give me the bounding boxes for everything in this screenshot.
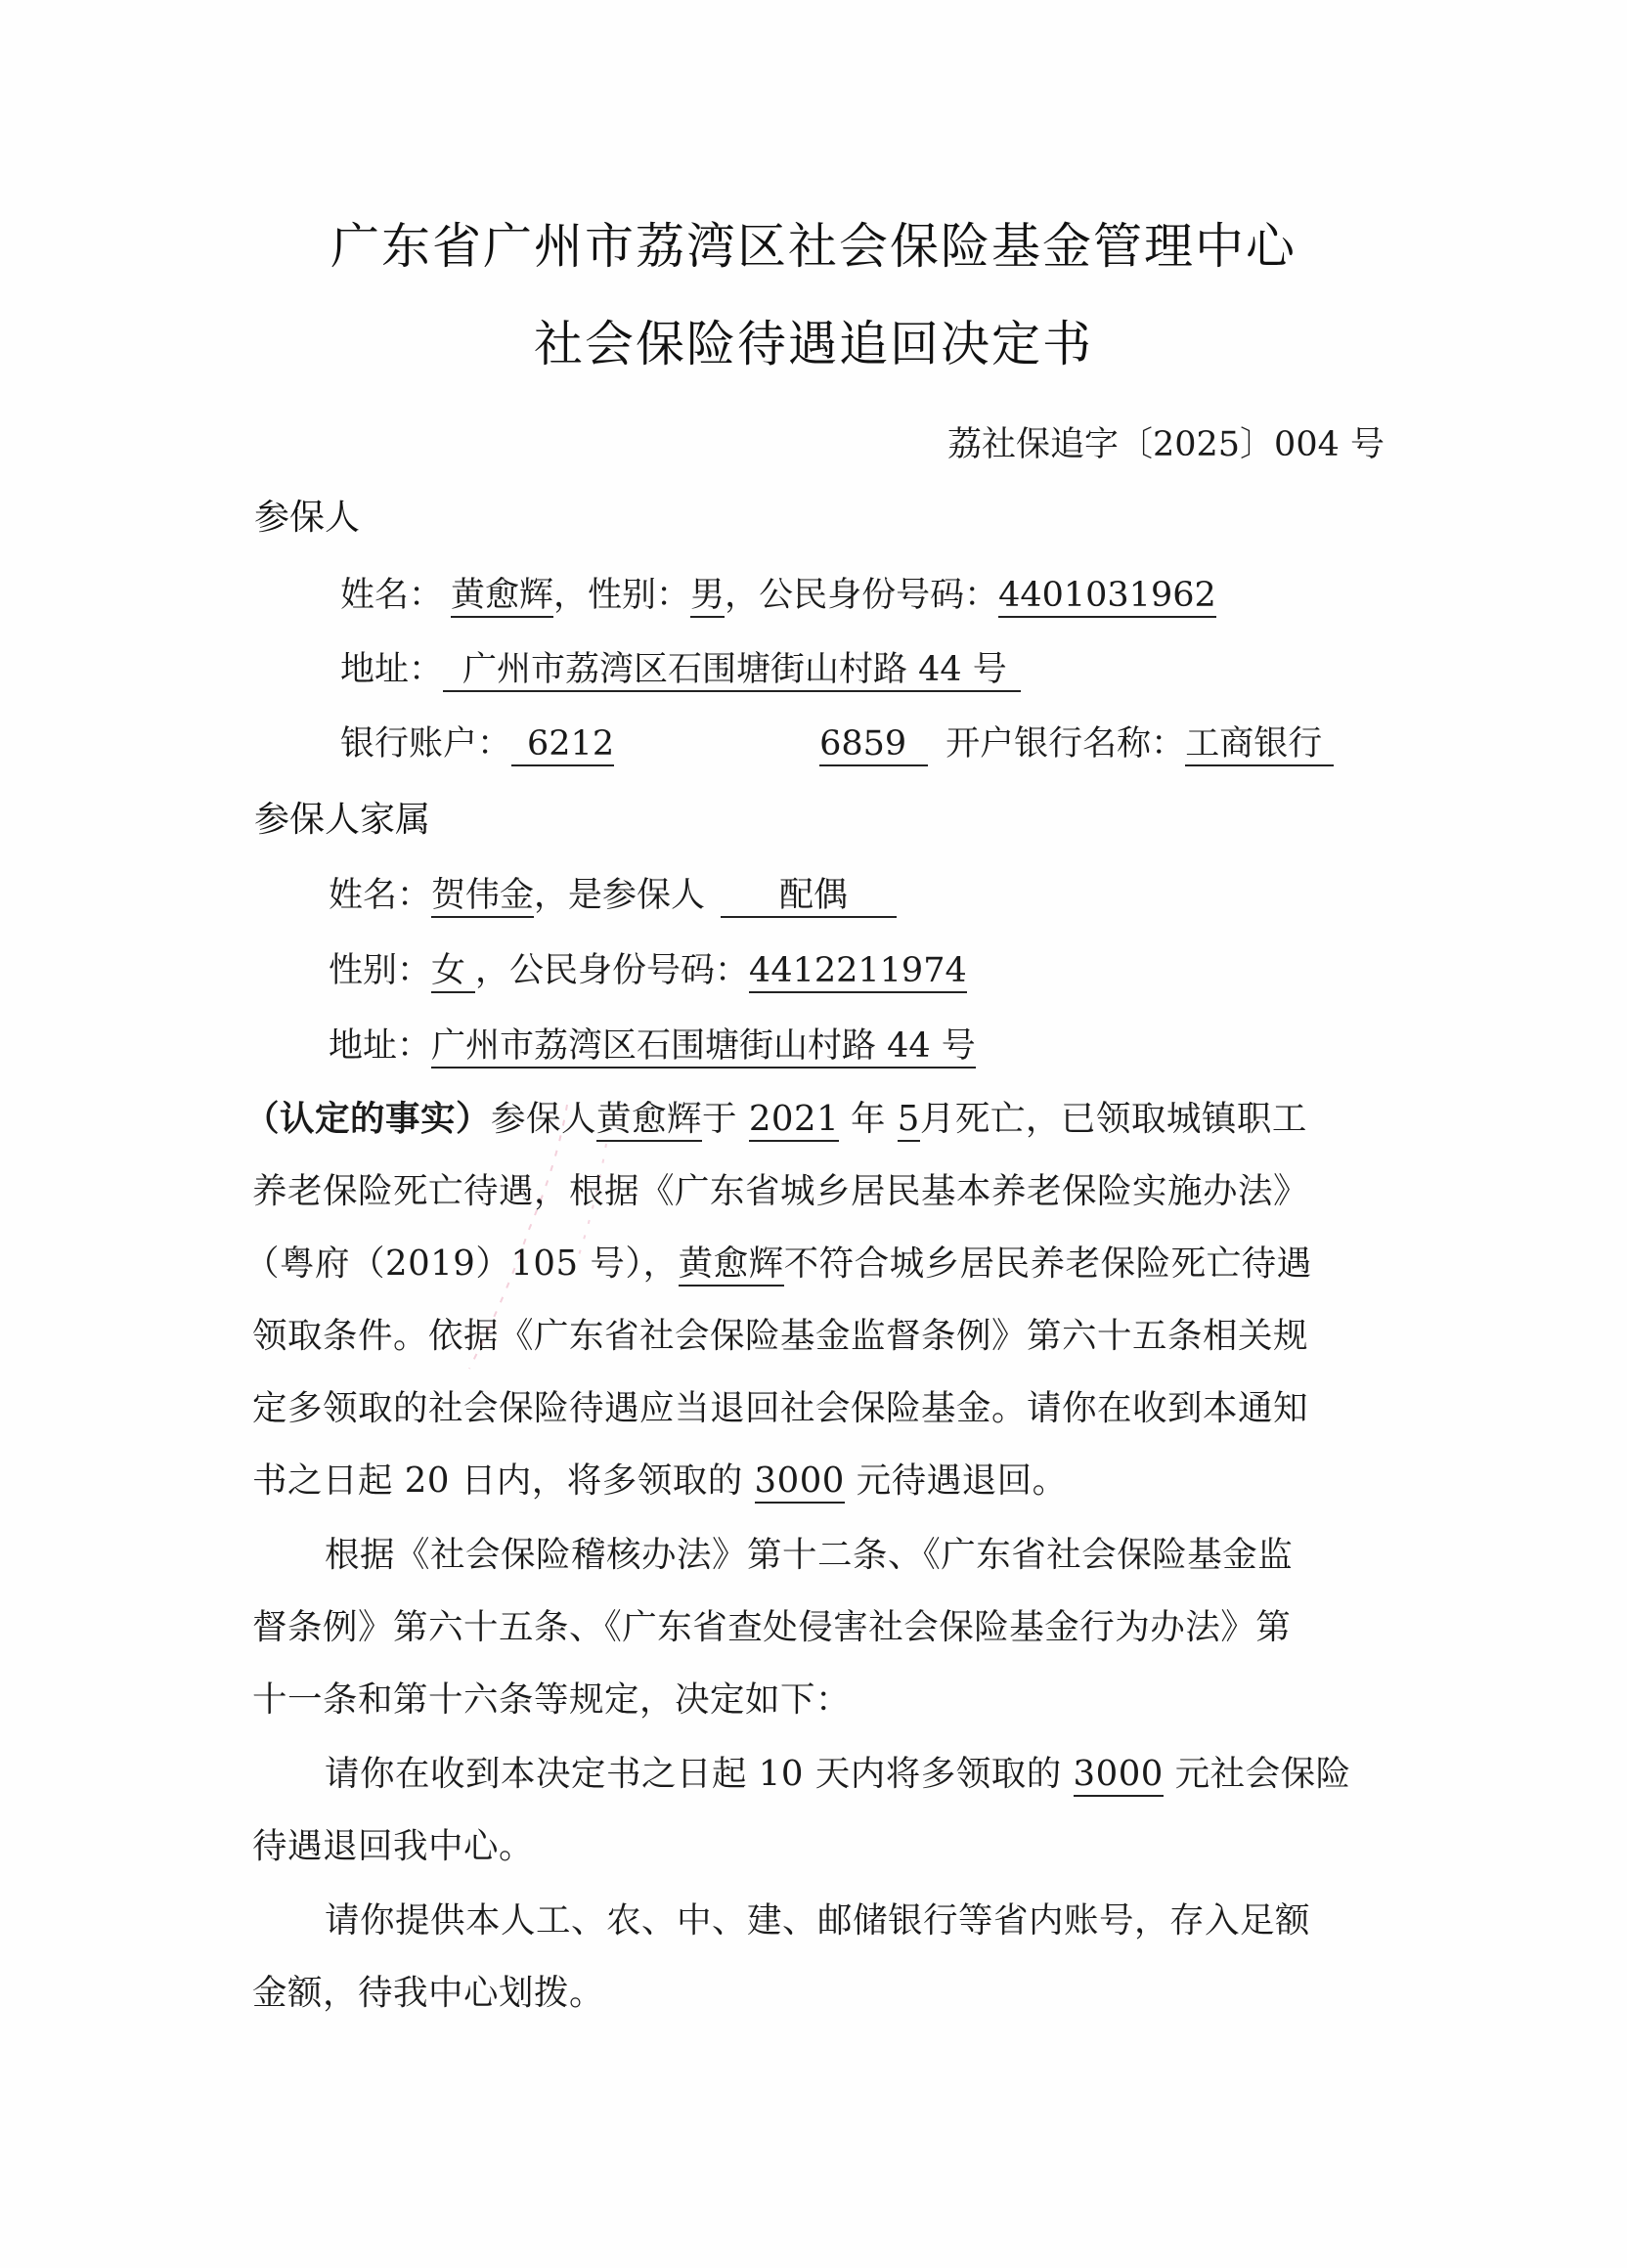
facts-text: 参保人: [491, 1099, 596, 1139]
instruction-line-2: 金额，待我中心划拨。: [252, 1971, 1386, 2016]
family-id-number: 4412211974: [749, 951, 967, 993]
family-address: 广州市荔湾区石围塘街山村路 44 号: [431, 1026, 976, 1069]
id-label: ，公民身份号码：: [725, 576, 998, 615]
facts-text: 元待遇退回。: [845, 1461, 1068, 1501]
facts-text: 年: [839, 1099, 898, 1139]
family-address-row: 地址：广州市荔湾区石围塘街山村路 44 号: [329, 1024, 976, 1069]
insured-address: 广州市荔湾区石围塘街山村路 44 号: [443, 650, 1021, 692]
facts-line-5: 定多领取的社会保险待遇应当退回社会保险基金。请你在收到本通知: [252, 1386, 1386, 1431]
document-number: 荔社保追字〔2025〕004 号: [947, 422, 1385, 467]
decision-line-1: 请你在收到本决定书之日起 10 天内将多领取的 3000 元社会保险: [325, 1752, 1386, 1797]
instruction-line-1: 请你提供本人工、农、中、建、邮储银行等省内账号，存入足额: [325, 1898, 1386, 1943]
death-year: 2021: [749, 1099, 839, 1142]
insured-gender: 男: [690, 576, 725, 618]
insured-name: 黄愈辉: [451, 576, 553, 618]
bank-account-prefix: 6212: [511, 724, 614, 766]
family-address-label: 地址：: [329, 1026, 431, 1066]
facts-line-3: （粤府（2019）105 号），黄愈辉不符合城乡居民养老保险死亡待遇: [244, 1242, 1379, 1287]
facts-text: 书之日起 20 日内，将多领取的: [252, 1461, 755, 1501]
insured-bank-row: 银行账户：62126859开户银行名称：工商银行: [340, 721, 1334, 766]
overpaid-amount: 3000: [755, 1461, 845, 1504]
bank-name: 工商银行: [1185, 724, 1334, 766]
family-gender: 女: [431, 951, 475, 993]
facts-label: （认定的事实）: [244, 1099, 491, 1139]
bank-account-suffix: 6859: [819, 724, 928, 766]
family-identity-row: 姓名：贺伟金，是参保人配偶: [329, 873, 897, 918]
facts-line-2: 养老保险死亡待遇，根据《广东省城乡居民基本养老保险实施办法》: [252, 1169, 1386, 1214]
insured-name-ref: 黄愈辉: [679, 1243, 784, 1287]
basis-line-3: 十一条和第十六条等规定，决定如下：: [252, 1678, 1386, 1723]
family-gender-label: 性别：: [329, 951, 431, 990]
facts-line-1: （认定的事实）参保人黄愈辉于 2021 年 5月死亡，已领取城镇职工: [244, 1097, 1379, 1142]
facts-text: 不符合城乡居民养老保险死亡待遇: [784, 1243, 1312, 1284]
bank-name-label: 开户银行名称：: [945, 724, 1185, 763]
facts-line-4: 领取条件。依据《广东省社会保险基金监督条例》第六十五条相关规: [252, 1314, 1386, 1359]
family-id-label: ，公民身份号码：: [475, 951, 749, 990]
name-label: 姓名：: [340, 576, 443, 615]
basis-line-2: 督条例》第六十五条、《广东省查处侵害社会保险基金行为办法》第: [252, 1605, 1386, 1650]
death-month: 5: [898, 1099, 920, 1142]
issuer-title: 广东省广州市荔湾区社会保险基金管理中心: [0, 217, 1627, 276]
insured-identity-row: 姓名：黄愈辉，性别：男，公民身份号码：4401031962: [340, 573, 1216, 618]
insured-id-number: 4401031962: [998, 576, 1216, 618]
family-gender-id-row: 性别：女，公民身份号码：4412211974: [329, 948, 967, 993]
family-relation: 配偶: [721, 876, 897, 918]
address-label: 地址：: [340, 650, 443, 689]
relation-label: ，是参保人: [534, 876, 705, 915]
insured-heading: 参保人: [254, 496, 360, 541]
decision-text: 元社会保险: [1164, 1754, 1351, 1794]
refund-amount: 3000: [1074, 1754, 1164, 1797]
insured-name-ref: 黄愈辉: [596, 1099, 702, 1142]
facts-text: 于: [702, 1099, 749, 1139]
family-name: 贺伟金: [431, 876, 534, 918]
basis-line-1: 根据《社会保险稽核办法》第十二条、《广东省社会保险基金监: [325, 1533, 1386, 1578]
decision-text: 请你在收到本决定书之日起 10 天内将多领取的: [325, 1754, 1074, 1794]
facts-text: 月死亡，已领取城镇职工: [920, 1099, 1307, 1139]
family-heading: 参保人家属: [254, 798, 430, 843]
facts-line-6: 书之日起 20 日内，将多领取的 3000 元待遇退回。: [252, 1459, 1386, 1504]
decision-line-2: 待遇退回我中心。: [252, 1824, 1386, 1869]
family-name-label: 姓名：: [329, 876, 431, 915]
document-title: 社会保险待遇追回决定书: [0, 315, 1627, 373]
document-page: 广东省广州市荔湾区社会保险基金管理中心 社会保险待遇追回决定书 荔社保追字〔20…: [0, 0, 1627, 2268]
gender-label: ，性别：: [553, 576, 690, 615]
insured-address-row: 地址：广州市荔湾区石围塘街山村路 44 号: [340, 647, 1021, 692]
facts-text: （粤府（2019）105 号），: [244, 1243, 679, 1284]
bank-account-label: 银行账户：: [340, 724, 511, 763]
